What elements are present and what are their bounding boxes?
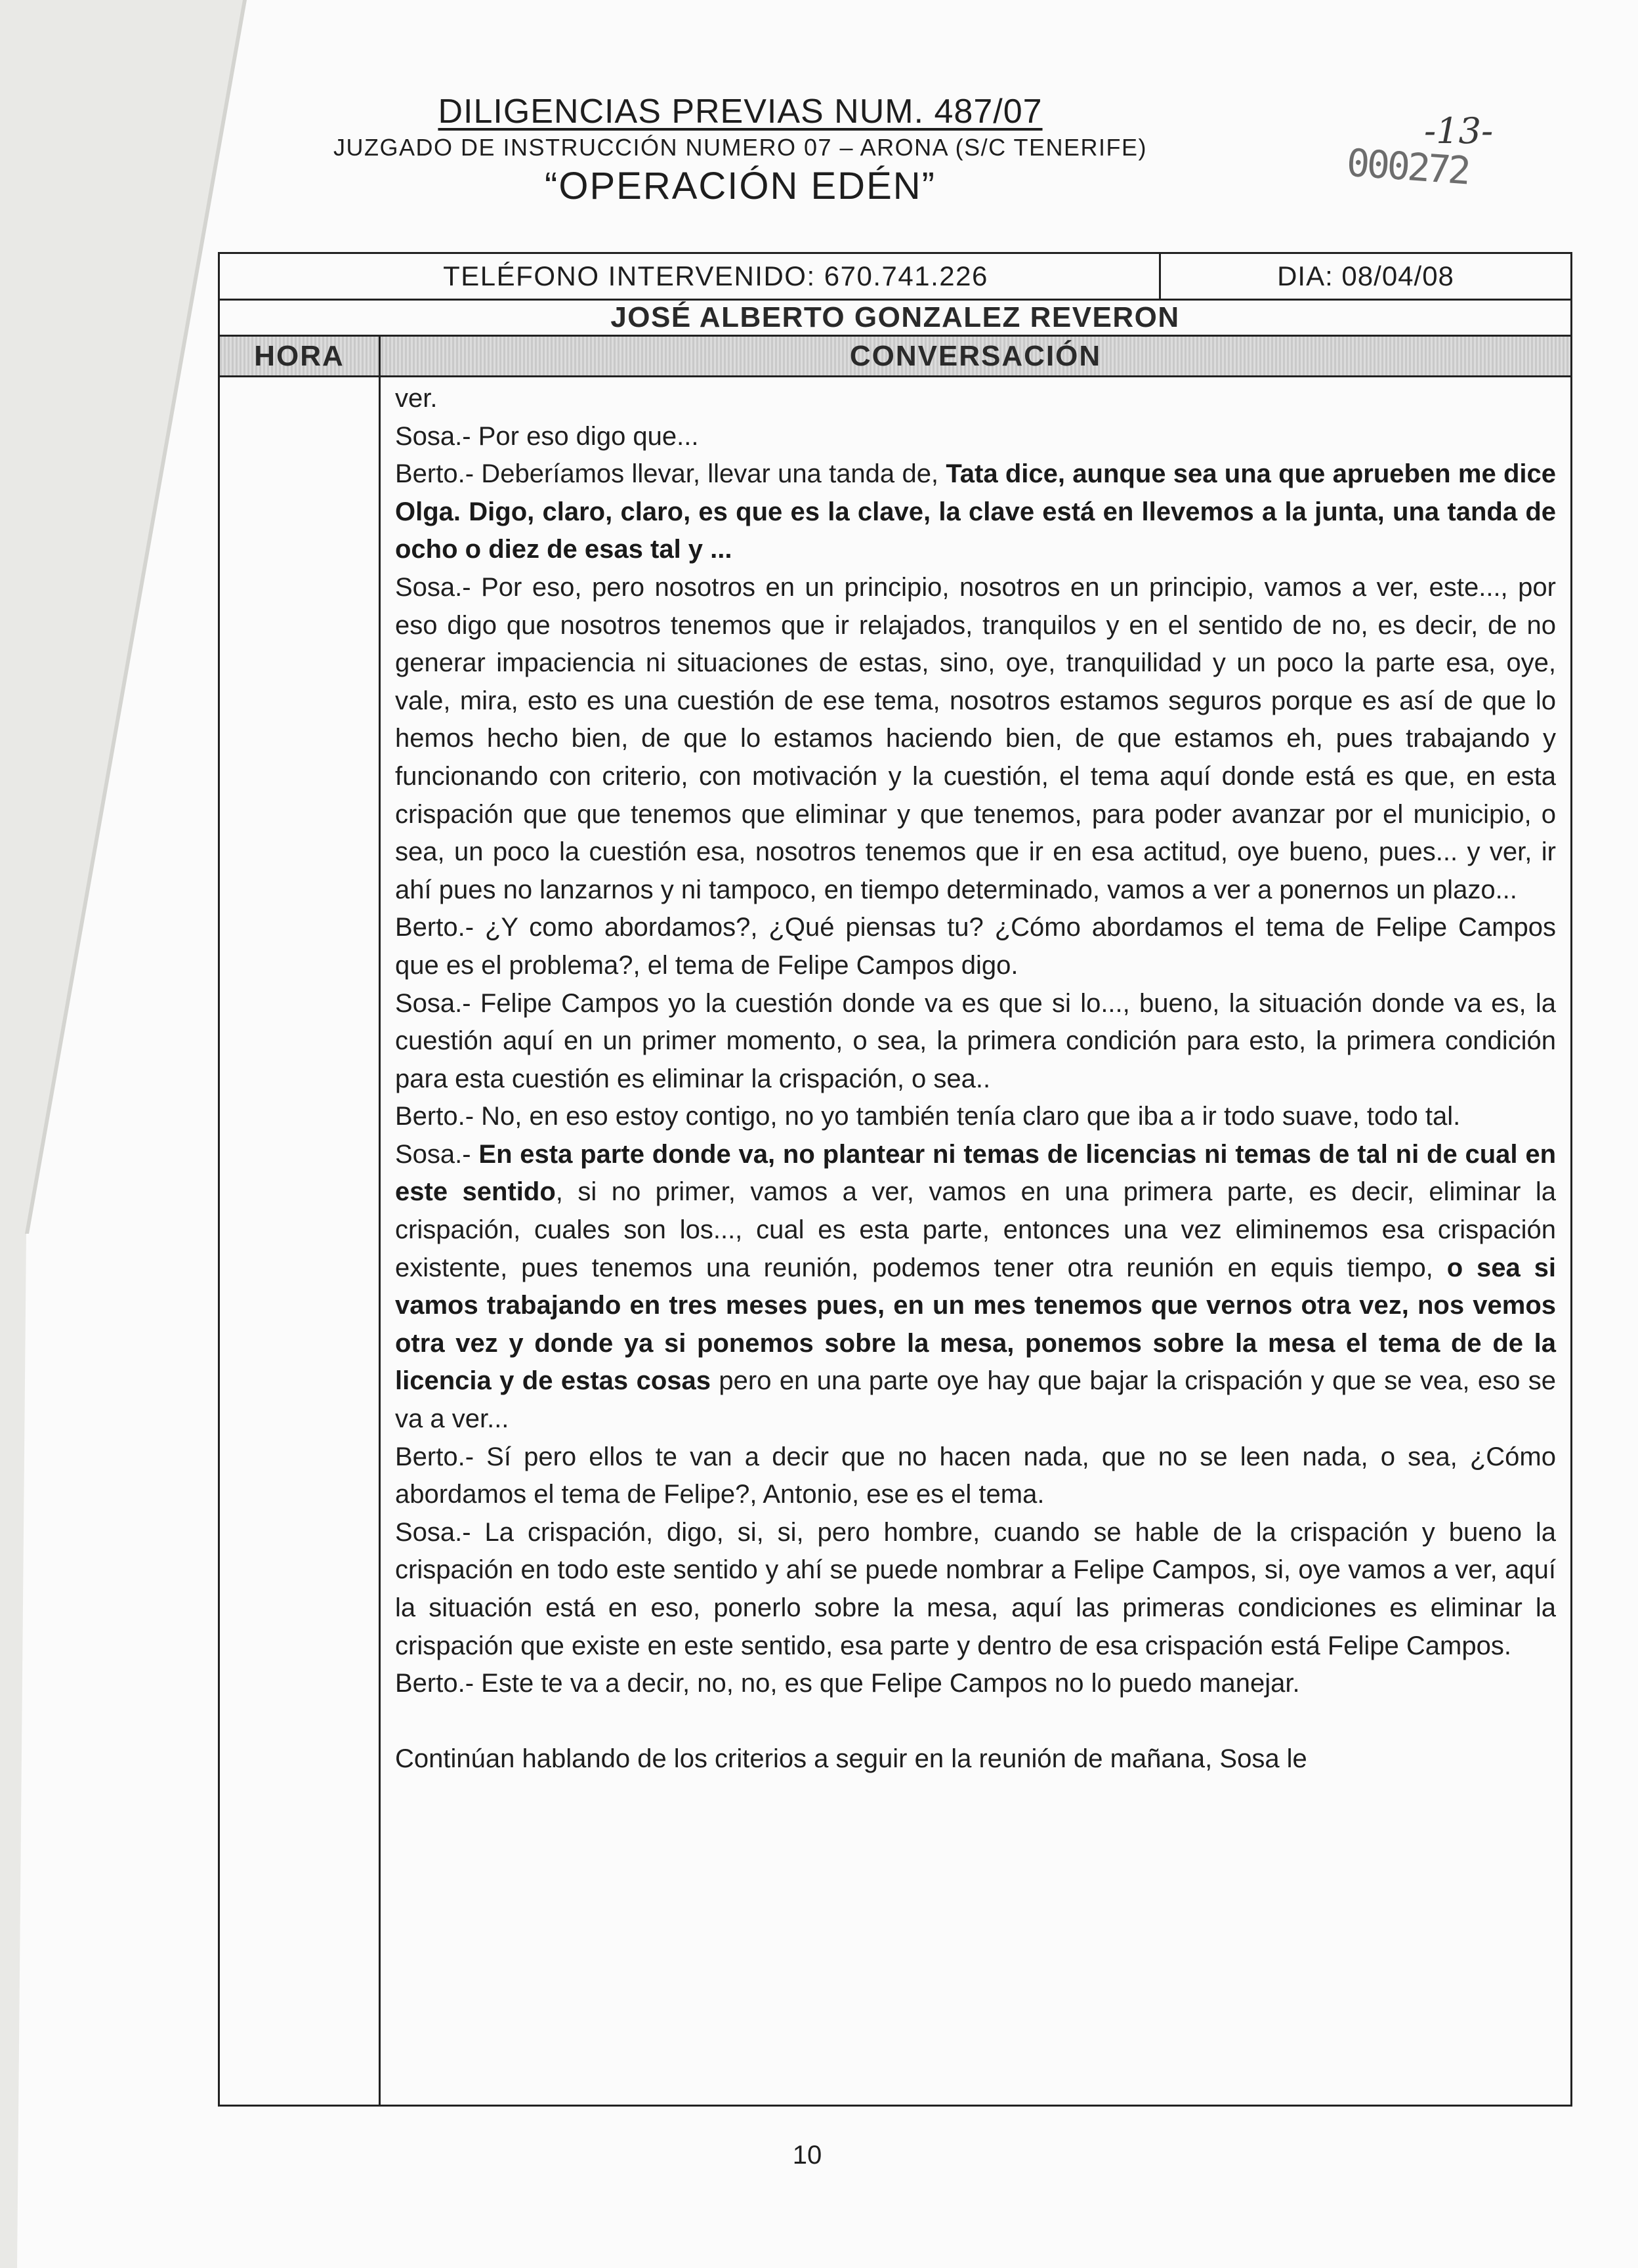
- column-header-row: HORA CONVERSACIÓN: [220, 337, 1570, 377]
- entry-text: Sosa.- Por eso digo que...: [395, 422, 699, 451]
- entry-text: Sosa.- Por eso, pero nosotros en un prin…: [395, 573, 1556, 904]
- person-name: JOSÉ ALBERTO GONZALEZ REVERON: [220, 301, 1570, 337]
- entry-text: Berto.- Sí pero ellos te van a decir que…: [395, 1442, 1556, 1509]
- conversation-cell: ver.Sosa.- Por eso digo que...Berto.- De…: [381, 377, 1570, 2105]
- entry-text: Continúan hablando de los criterios a se…: [395, 1744, 1307, 1773]
- entry-text: Berto.- ¿Y como abordamos?, ¿Qué piensas…: [395, 913, 1556, 980]
- conversation-entry: Berto.- No, en eso estoy contigo, no yo …: [395, 1098, 1556, 1136]
- blank-line: [395, 1703, 1556, 1741]
- document-title: DILIGENCIAS PREVIAS NUM. 487/07: [0, 92, 1559, 131]
- transcript-table: TELÉFONO INTERVENIDO: 670.741.226 DIA: 0…: [218, 252, 1572, 2107]
- hora-cell: [220, 377, 381, 2105]
- conversation-entry: Berto.- Este te va a decir, no, no, es q…: [395, 1665, 1556, 1703]
- conversation-entry: Sosa.- En esta parte donde va, no plante…: [395, 1136, 1556, 1438]
- operation-name: “OPERACIÓN EDÉN”: [0, 164, 1559, 208]
- entry-text: ver.: [395, 384, 437, 413]
- entry-text: Berto.- Deberíamos llevar, llevar una ta…: [395, 459, 946, 488]
- column-header-hora: HORA: [220, 337, 381, 375]
- entry-text: , si no primer, vamos a ver, vamos en un…: [395, 1177, 1556, 1282]
- conversation-entry: Berto.- Sí pero ellos te van a decir que…: [395, 1438, 1556, 1514]
- court-name: JUZGADO DE INSTRUCCIÓN NUMERO 07 – ARONA…: [0, 134, 1559, 161]
- entry-text: Berto.- Este te va a decir, no, no, es q…: [395, 1669, 1300, 1698]
- phone-label: TELÉFONO INTERVENIDO: 670.741.226: [220, 254, 1161, 299]
- conversation-entry: Sosa.- La crispación, digo, si, si, pero…: [395, 1514, 1556, 1665]
- conversation-entry: Berto.- ¿Y como abordamos?, ¿Qué piensas…: [395, 909, 1556, 984]
- handwritten-folio: -13-: [1424, 110, 1493, 152]
- date-label: DIA: 08/04/08: [1161, 254, 1570, 299]
- entry-text: Sosa.- La crispación, digo, si, si, pero…: [395, 1518, 1556, 1660]
- entry-text: Sosa.- Felipe Campos yo la cuestión dond…: [395, 989, 1556, 1093]
- conversation-entry: ver.: [395, 380, 1556, 418]
- entry-text: Sosa.-: [395, 1140, 478, 1169]
- page-number: 10: [781, 2141, 833, 2170]
- conversation-entry: Berto.- Deberíamos llevar, llevar una ta…: [395, 455, 1556, 569]
- column-header-conversacion: CONVERSACIÓN: [381, 337, 1570, 375]
- conversation-entry: Sosa.- Por eso, pero nosotros en un prin…: [395, 569, 1556, 909]
- stamp-number: 000272: [1345, 140, 1470, 194]
- conversation-entry: Continúan hablando de los criterios a se…: [395, 1740, 1556, 1778]
- table-header-row: TELÉFONO INTERVENIDO: 670.741.226 DIA: 0…: [220, 254, 1570, 301]
- conversation-entry: Sosa.- Por eso digo que...: [395, 418, 1556, 456]
- entry-text: Berto.- No, en eso estoy contigo, no yo …: [395, 1102, 1460, 1131]
- conversation-entry: Sosa.- Felipe Campos yo la cuestión dond…: [395, 985, 1556, 1099]
